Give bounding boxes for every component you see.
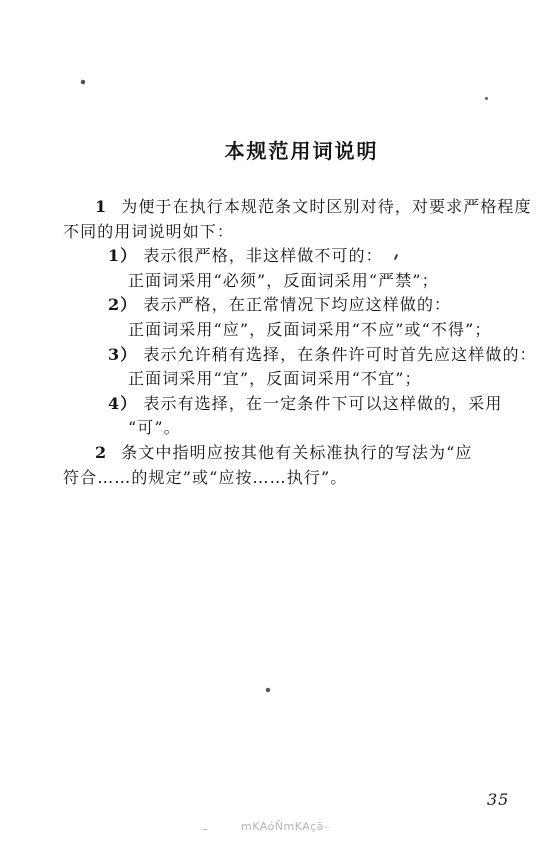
wording-item-4-definition: 4）表示有选择，在一定条件下可以这样做的，采用 — [63, 392, 515, 417]
body-text: 1为便于在执行本规范条文时区别对待，对要求严格程度 不同的用词说明如下： 1）表… — [63, 195, 515, 490]
paragraph-2-line-2: 符合……的规定”或“应按……执行”。 — [63, 466, 515, 491]
item-3-definition-text: 表示允许稍有选择，在条件许可时首先应这样做的： — [143, 345, 536, 364]
wording-item-2-definition: 2）表示严格，在正常情况下均应这样做的： — [63, 293, 515, 318]
page-number: 35 — [487, 790, 509, 809]
wording-item-4-continuation: “可”。 — [63, 416, 515, 441]
paragraph-2-text: 条文中指明应按其他有关标准执行的写法为“应 — [121, 443, 472, 462]
paragraph-1-number: 1 — [95, 197, 107, 216]
scan-speck — [485, 97, 488, 100]
watermark-text: mKAóÑmKAçā– — [241, 820, 330, 833]
item-4-marker: 4） — [108, 394, 137, 413]
item-1-definition-text: 表示很严格，非这样做不可的： — [143, 246, 382, 265]
paragraph-2-line-1: 2条文中指明应按其他有关标准执行的写法为“应 — [63, 441, 515, 466]
paragraph-2-number: 2 — [95, 443, 107, 462]
item-1-marker: 1） — [108, 246, 137, 265]
wording-item-3-usage: 正面词采用“宜”，反面词采用“不宜”； — [63, 367, 515, 392]
item-4-definition-text: 表示有选择，在一定条件下可以这样做的，采用 — [143, 394, 502, 413]
document-page: 本规范用词说明 1为便于在执行本规范条文时区别对待，对要求严格程度 不同的用词说… — [0, 0, 553, 850]
wording-item-1-usage: 正面词采用“必须”，反面词采用“严禁”； — [63, 269, 515, 294]
page-title: 本规范用词说明 — [0, 139, 553, 163]
paragraph-1-line-1: 1为便于在执行本规范条文时区别对待，对要求严格程度 — [63, 195, 515, 220]
wording-item-3-definition: 3）表示允许稍有选择，在条件许可时首先应这样做的： — [63, 343, 515, 368]
item-2-definition-text: 表示严格，在正常情况下均应这样做的： — [143, 295, 451, 314]
wording-item-1-definition: 1）表示很严格，非这样做不可的： — [63, 244, 515, 269]
paragraph-1-text: 为便于在执行本规范条文时区别对待，对要求严格程度 — [121, 197, 531, 216]
item-3-marker: 3） — [108, 345, 137, 364]
scan-speck — [266, 688, 271, 693]
paragraph-1-line-2: 不同的用词说明如下： — [63, 220, 515, 245]
item-2-marker: 2） — [108, 295, 137, 314]
wording-item-2-usage: 正面词采用“应”，反面词采用“不应”或“不得”； — [63, 318, 515, 343]
watermark-dash: – — [202, 822, 208, 836]
scan-speck — [80, 79, 85, 84]
